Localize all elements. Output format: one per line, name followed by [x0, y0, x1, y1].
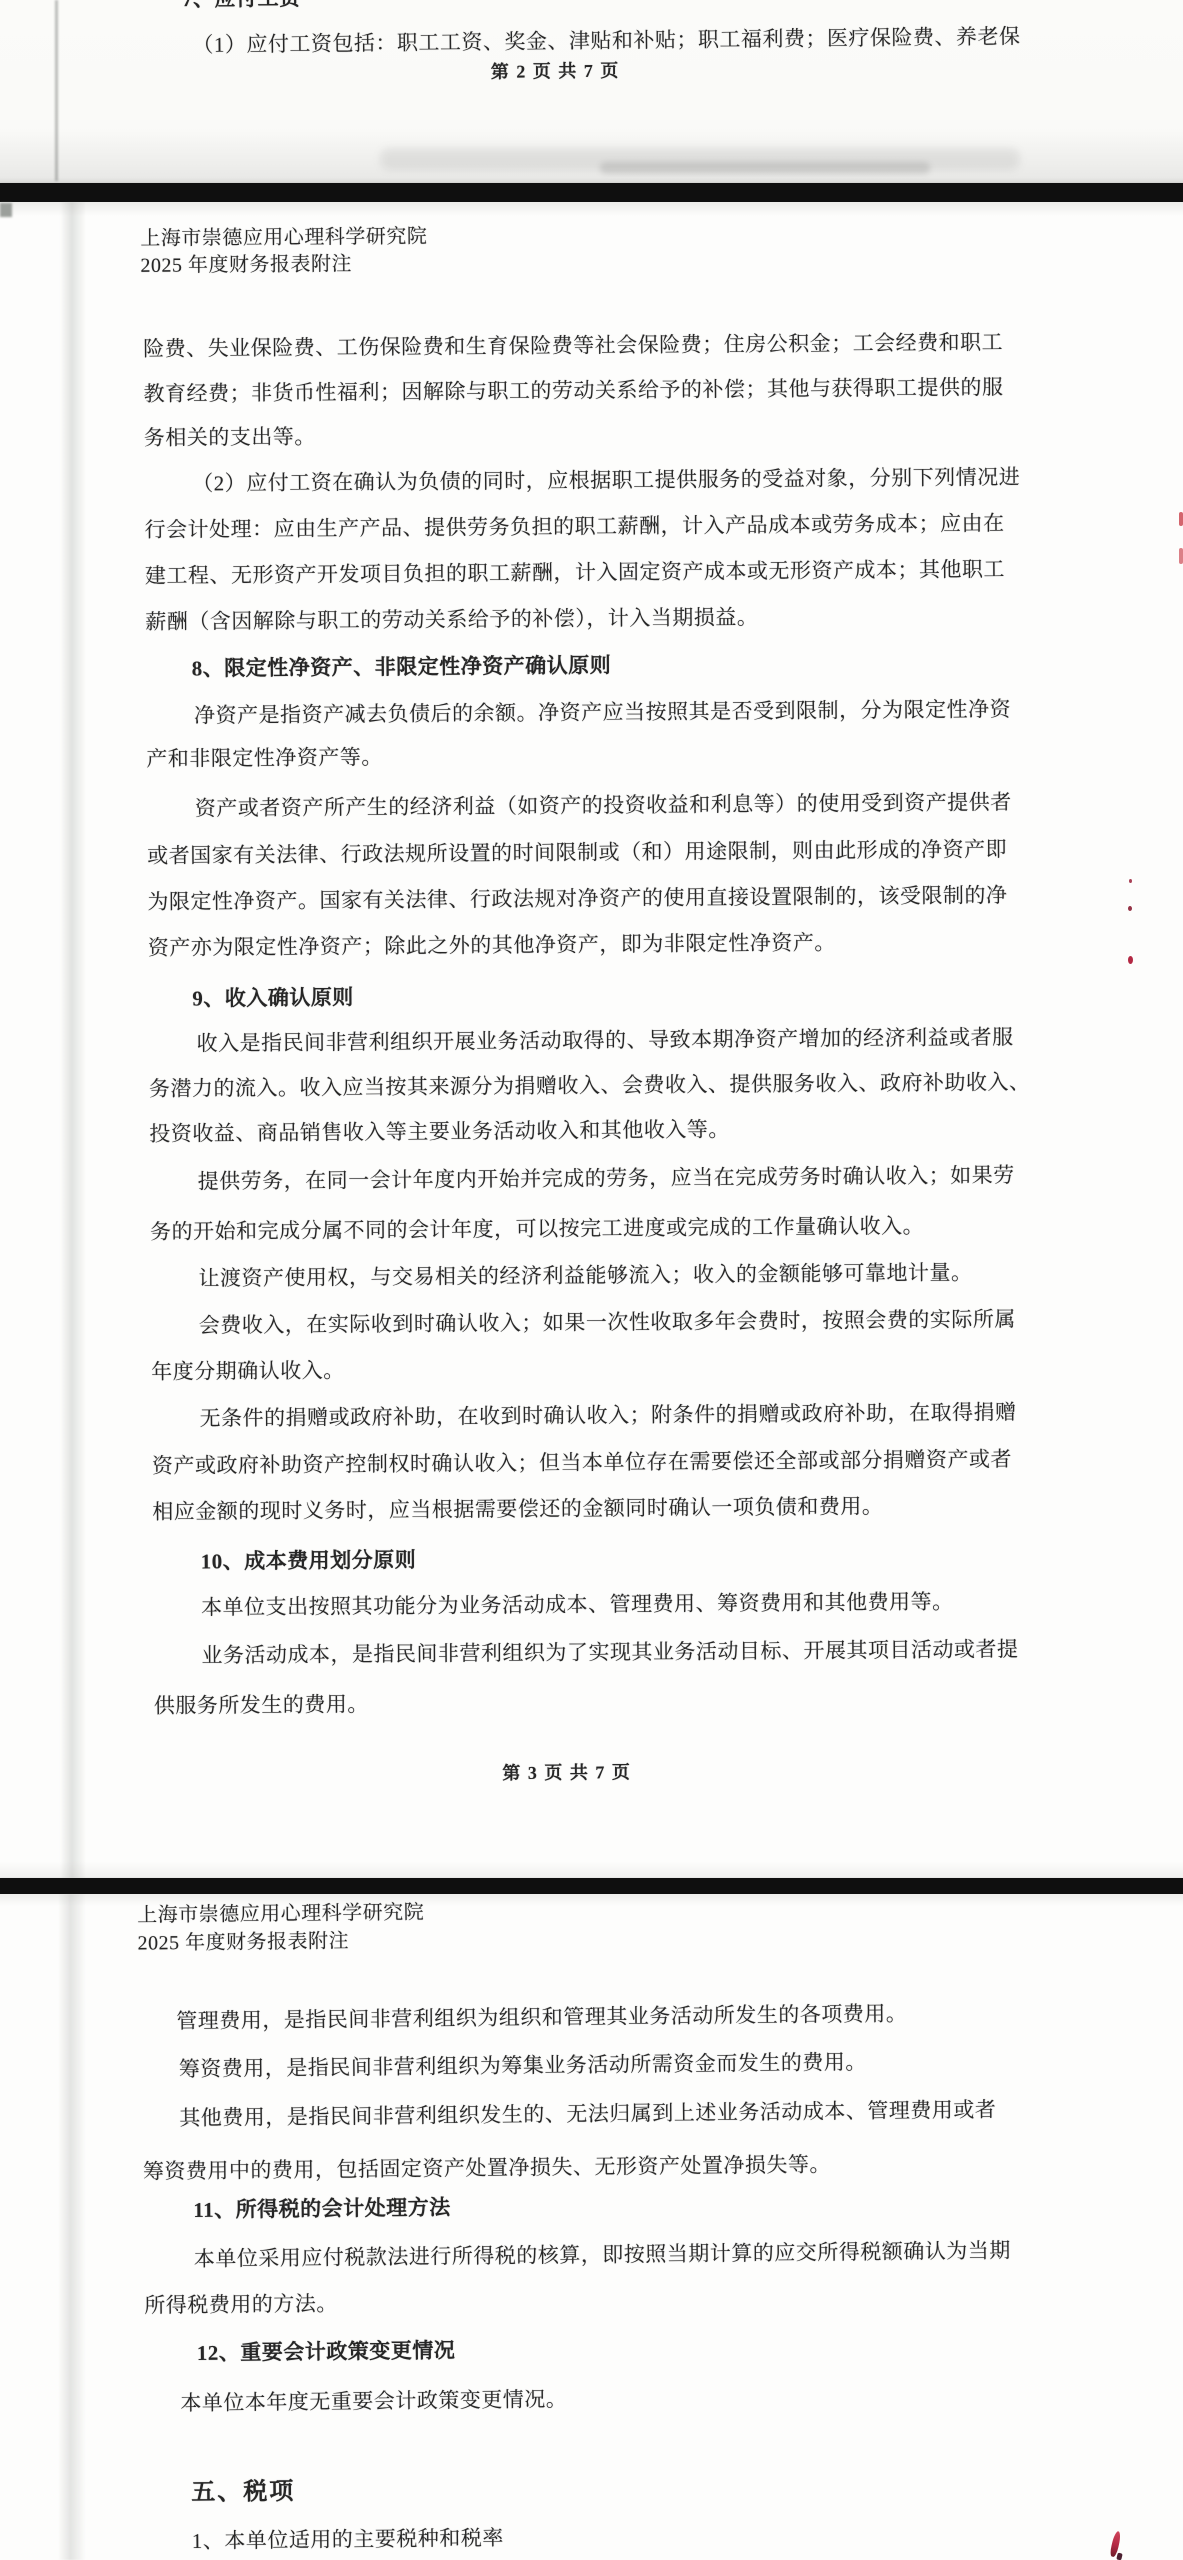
text-line: 让渡资产使用权，与交易相关的经济利益能够流入；收入的金额能够可靠地计量。 [198, 1257, 972, 1293]
text-line: 收入是指民间非营利组织开展业务活动取得的、导致本期净资产增加的经济利益或者服 [196, 1022, 1013, 1058]
text-line: 提供劳务，在同一会计年度内开始并完成的劳务，应当在完成劳务时确认收入；如果劳 [198, 1160, 1015, 1196]
text-line: 教育经费；非货币性福利；因解除与职工的劳动关系给予的补偿；其他与获得职工提供的服 [143, 372, 1003, 409]
page-separator-bar [0, 1878, 1183, 1894]
text-line: 相应金额的现时义务时，应当根据需要偿还的金额同时确认一项负债和费用。 [152, 1491, 883, 1527]
text-line: 务相关的支出等。 [144, 422, 316, 453]
text-line: 薪酬（含因解除与职工的劳动关系给予的补偿），计入当期损益。 [145, 602, 758, 637]
text-line: 投资收益、商品销售收入等主要业务活动收入和其他收入等。 [149, 1114, 730, 1149]
text-line: 1、本单位适用的主要税种和税率 [192, 2523, 504, 2556]
red-pen-edge-tick [1179, 512, 1183, 526]
text-line: 资产或者资产所产生的经济利益（如资产的投资收益和利息等）的使用受到资产提供者 [195, 787, 1012, 823]
text-line: 管理费用，是指民间非营利组织为组织和管理其业务活动所发生的各项费用。 [176, 1999, 907, 2037]
page-separator-bar [0, 183, 1183, 202]
text-line: 业务活动成本，是指民间非营利组织为了实现其业务活动目标、开展其项目活动或者提 [201, 1634, 1018, 1670]
text-line: 年度分期确认收入。 [151, 1355, 345, 1387]
text-line: 净资产是指资产减去负债后的余额。净资产应当按照其是否受到限制，分为限定性净资 [194, 694, 1011, 730]
scanned-document: 7、应付工资（1）应付工资包括：职工工资、奖金、津贴和补贴；职工福利费；医疗保险… [0, 0, 1183, 2560]
text-line: 资产亦为限定性净资产；除此之外的其他净资产，即为非限定性净资产。 [148, 927, 836, 962]
text-line: 务的开始和完成分属不同的会计年度，可以按完工进度或完成的工作量确认收入。 [150, 1211, 924, 1247]
text-line: 上海市崇德应用心理科学研究院 [137, 1898, 424, 1931]
text-line: （1）应付工资包括：职工工资、奖金、津贴和补贴；职工福利费；医疗保险费、养老保 [192, 21, 1020, 60]
text-line: 供服务所发生的费用。 [154, 1689, 369, 1721]
text-line: 9、收入确认原则 [192, 982, 354, 1013]
text-line: 建工程、无形资产开发项目负担的职工薪酬，计入固定资产成本或无形资产成本；其他职工 [145, 554, 1005, 591]
text-line: 7、应付工资 [182, 0, 301, 14]
text-line: 或者国家有关法律、行政法规所设置的时间限制或（和）用途限制，则由此形成的净资产即 [147, 834, 1007, 871]
text-line: 五、税项 [191, 2477, 295, 2508]
text-line: 第 2 页 共 7 页 [491, 56, 620, 87]
text-line: 险费、失业保险费、工伤保险费和生育保险费等社会保险费；住房公积金；工会经费和职工 [143, 327, 1003, 364]
text-line: 2025 年度财务报表附注 [140, 249, 352, 281]
text-line: 本单位采用应付税款法进行所得税的核算，即按照当期计算的应交所得税额确认为当期 [194, 2235, 1011, 2274]
text-line: 资产或政府补助资产控制权时确认收入；但当本单位存在需要偿还全部或部分捐赠资产或者 [152, 1444, 1012, 1481]
text-line: 本单位本年度无重要会计政策变更情况。 [180, 2384, 567, 2418]
text-line: 行会计处理：应由生产产品、提供劳务负担的职工薪酬，计入产品成本或劳务成本；应由在 [144, 508, 1004, 545]
text-line: 务潜力的流入。收入应当按其来源分为捐赠收入、会费收入、提供服务收入、政府补助收入… [149, 1067, 1031, 1104]
text-line: 10、成本费用划分原则 [201, 1545, 417, 1577]
text-line: 8、限定性净资产、非限定性净资产确认原则 [192, 650, 612, 683]
text-line: 本单位支出按照其功能分为业务活动成本、管理费用、筹资费用和其他费用等。 [201, 1587, 954, 1623]
text-line: 筹资费用，是指民间非营利组织为筹集业务活动所需资金而发生的费用。 [179, 2047, 867, 2084]
red-pen-edge-tick [1179, 548, 1183, 564]
text-line: 无条件的捐赠或政府补助，在收到时确认收入；附条件的捐赠或政府补助，在取得捐赠 [199, 1397, 1016, 1433]
text-line: 为限定性净资产。国家有关法律、行政法规对净资产的使用直接设置限制的，该受限制的净 [147, 880, 1007, 917]
scan-edge-artifact [0, 203, 12, 217]
text-line: 2025 年度财务报表附注 [137, 1926, 349, 1958]
text-line: 会费收入，在实际收到时确认收入；如果一次性收取多年会费时，按照会费的实际所属 [199, 1304, 1016, 1340]
text-line: 筹资费用中的费用，包括固定资产处置净损失、无形资产处置净损失等。 [143, 2149, 831, 2186]
red-pen-dot [1128, 906, 1132, 911]
page-4-top: 上海市崇德应用心理科学研究院2025 年度财务报表附注管理费用，是指民间非营利组… [0, 1894, 1183, 2560]
text-line: （2）应付工资在确认为负债的同时，应根据职工提供服务的受益对象，分别下列情况进 [192, 462, 1020, 499]
text-line: 第 3 页 共 7 页 [502, 1757, 631, 1788]
red-pen-dot [1129, 879, 1132, 883]
text-line: 产和非限定性净资产等。 [146, 742, 383, 774]
scan-smudge [600, 162, 930, 174]
page-3-text-block: 上海市崇德应用心理科学研究院2025 年度财务报表附注险费、失业保险费、工伤保险… [0, 202, 1183, 1878]
text-line: 11、所得税的会计处理方法 [193, 2192, 451, 2225]
red-pen-dot [1128, 956, 1133, 964]
page-4-text-block: 上海市崇德应用心理科学研究院2025 年度财务报表附注管理费用，是指民间非营利组… [0, 1894, 1183, 2560]
text-line: 其他费用，是指民间非营利组织发生的、无法归属到上述业务活动成本、管理费用或者 [179, 2095, 996, 2134]
text-line: 12、重要会计政策变更情况 [197, 2335, 456, 2368]
text-line: 所得税费用的方法。 [144, 2288, 338, 2320]
page-3: 上海市崇德应用心理科学研究院2025 年度财务报表附注险费、失业保险费、工伤保险… [0, 202, 1183, 1878]
